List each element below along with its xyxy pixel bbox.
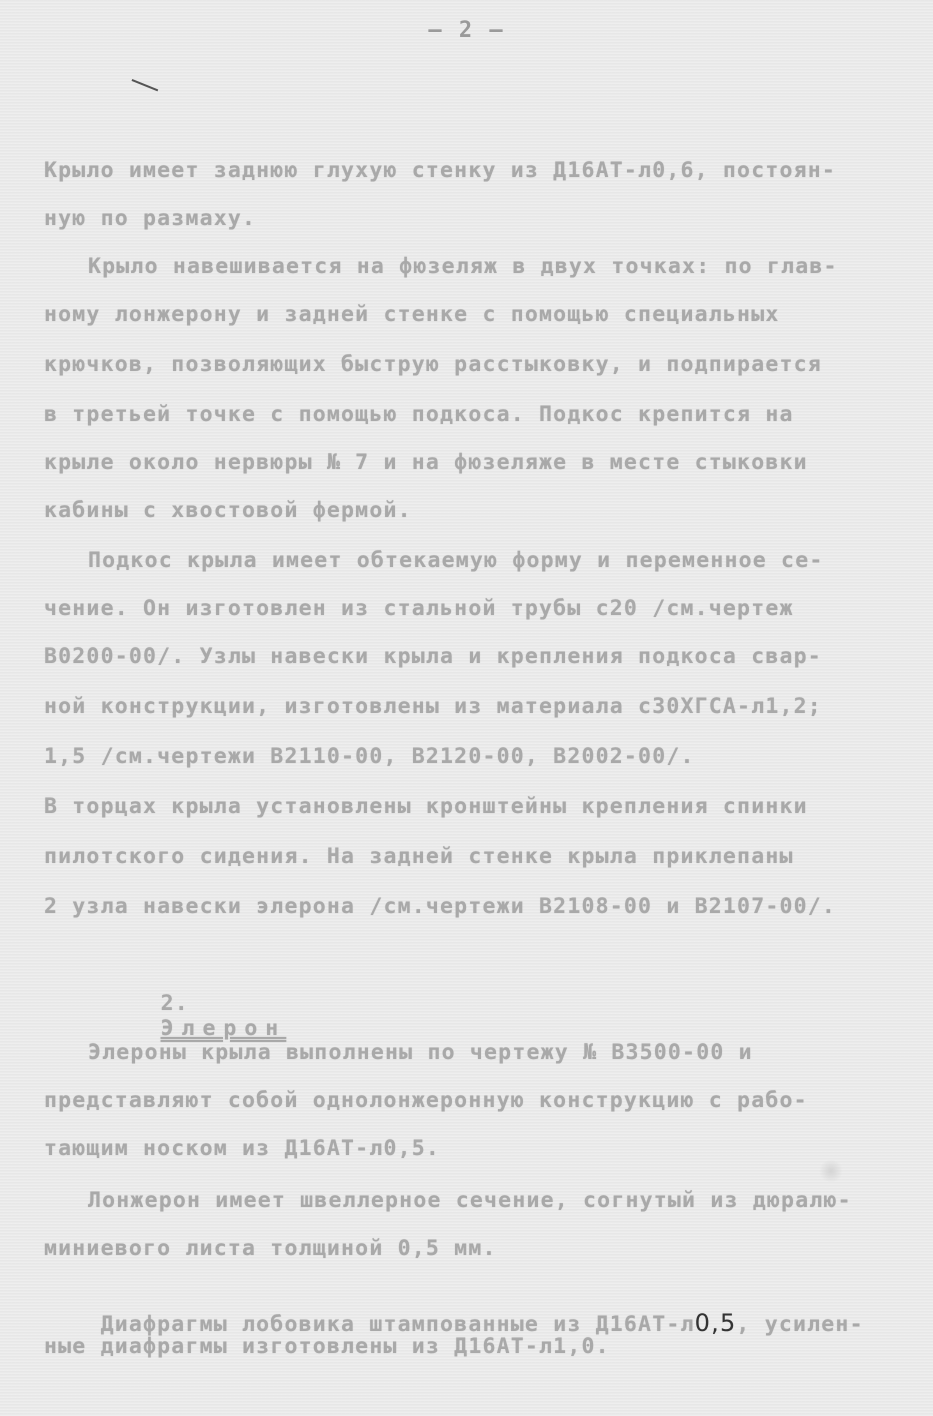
section-number: 2. — [161, 991, 189, 1016]
text-line: В0200-00/. Узлы навески крыла и креплени… — [44, 644, 822, 669]
text-line: крючков, позволяющих быструю расстыковку… — [44, 352, 822, 377]
text-line: чение. Он изготовлен из стальной трубы с… — [44, 596, 794, 621]
page-number: – 2 – — [0, 18, 933, 43]
section-title: Элерон — [161, 1016, 287, 1041]
text-line: 1,5 /см.чертежи В2110-00, В2120-00, В200… — [44, 744, 695, 769]
text-line: ные диафрагмы изготовлены из Д16АТ-л1,0. — [44, 1334, 610, 1359]
text-line: миниевого листа толщиной 0,5 мм. — [44, 1236, 497, 1261]
text-line: ную по размаху. — [44, 206, 256, 231]
text-line: пилотского сидения. На задней стенке кры… — [44, 844, 794, 869]
text-line: крыле около нервюры № 7 и на фюзеляже в … — [44, 450, 808, 475]
text-line: ной конструкции, изготовлены из материал… — [44, 694, 822, 719]
text-line: ному лонжерону и задней стенке с помощью… — [44, 302, 780, 327]
text-line: В торцах крыла установлены кронштейны кр… — [44, 794, 808, 819]
text-line: кабины с хвостовой фермой. — [44, 498, 412, 523]
document-page: – 2 – Крыло имеет заднюю глухую стенку и… — [0, 0, 933, 1416]
handwritten-correction: 0,5 — [695, 1309, 737, 1337]
text-line: 2 узла навески элерона /см.чертежи В2108… — [44, 894, 836, 919]
text-line: представляют собой однолонжеронную конст… — [44, 1088, 808, 1113]
text-line: тающим носком из Д16АТ-л0,5. — [44, 1136, 440, 1161]
text-line: Крыло навешивается на фюзеляж в двух точ… — [88, 254, 838, 279]
stray-pen-mark — [132, 79, 159, 91]
paper-stain — [818, 1160, 844, 1182]
text-line: в третьей точке с помощью подкоса. Подко… — [44, 402, 794, 427]
text-line: Элероны крыла выполнены по чертежу № В35… — [88, 1040, 753, 1065]
text-line: Подкос крыла имеет обтекаемую форму и пе… — [88, 548, 824, 573]
text-line: Лонжерон имеет швеллерное сечение, согну… — [88, 1188, 852, 1213]
text-segment: , усилен- — [736, 1312, 863, 1337]
text-line: Крыло имеет заднюю глухую стенку из Д16А… — [44, 158, 836, 183]
